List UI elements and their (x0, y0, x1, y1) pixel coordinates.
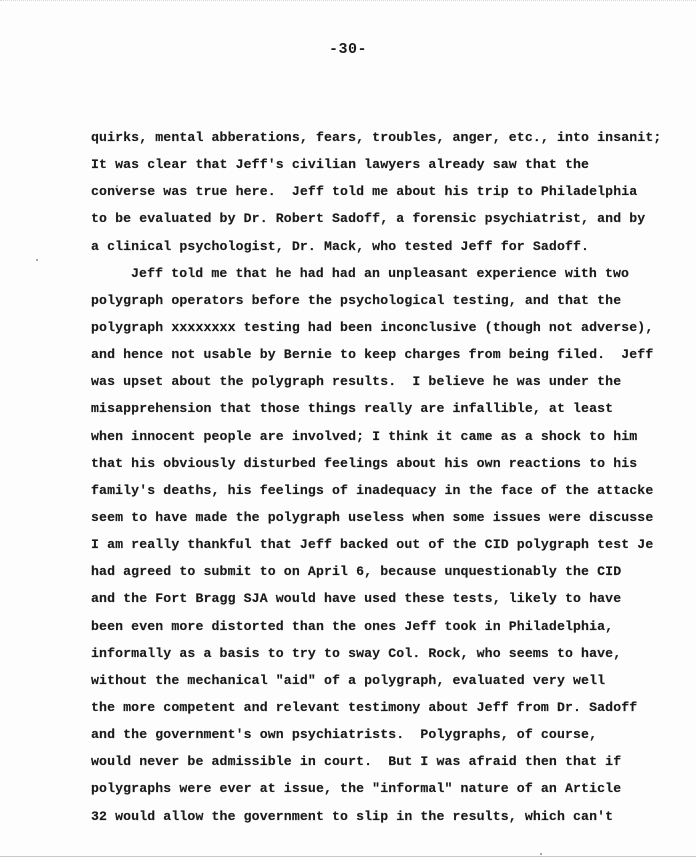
text-line: and the Fort Bragg SJA would have used t… (91, 585, 696, 612)
text-line: informally as a basis to try to sway Col… (91, 640, 696, 667)
text-line: Jeff told me that he had had an unpleasa… (91, 260, 696, 287)
scan-speck (540, 853, 542, 855)
text-line: converse was true here. Jeff told me abo… (91, 178, 696, 205)
text-line: polygraphs were ever at issue, the "info… (91, 775, 696, 802)
text-line: I am really thankful that Jeff backed ou… (91, 531, 696, 558)
scan-speck (116, 185, 118, 187)
text-line: would never be admissible in court. But … (91, 748, 696, 775)
text-line: misapprehension that those things really… (91, 395, 696, 422)
page-number: -30- (0, 41, 696, 58)
text-line: seem to have made the polygraph useless … (91, 504, 696, 531)
text-line: It was clear that Jeff's civilian lawyer… (91, 151, 696, 178)
text-line: had agreed to submit to on April 6, beca… (91, 558, 696, 585)
text-line: without the mechanical "aid" of a polygr… (91, 667, 696, 694)
text-line: been even more distorted than the ones J… (91, 613, 696, 640)
text-line: that his obviously disturbed feelings ab… (91, 450, 696, 477)
text-line: and hence not usable by Bernie to keep c… (91, 341, 696, 368)
text-line: and the government's own psychiatrists. … (91, 721, 696, 748)
body-text: quirks, mental abberations, fears, troub… (91, 124, 696, 830)
text-line: polygraph operators before the psycholog… (91, 287, 696, 314)
text-line: polygraph xxxxxxxx testing had been inco… (91, 314, 696, 341)
text-line: when innocent people are involved; I thi… (91, 423, 696, 450)
text-line: the more competent and relevant testimon… (91, 694, 696, 721)
text-line: quirks, mental abberations, fears, troub… (91, 124, 696, 151)
document-page: -30- quirks, mental abberations, fears, … (0, 0, 696, 857)
text-line: family's deaths, his feelings of inadequ… (91, 477, 696, 504)
text-line: was upset about the polygraph results. I… (91, 368, 696, 395)
text-line: 32 would allow the government to slip in… (91, 803, 696, 830)
scan-speck (36, 259, 38, 261)
text-line: to be evaluated by Dr. Robert Sadoff, a … (91, 205, 696, 232)
text-line: a clinical psychologist, Dr. Mack, who t… (91, 233, 696, 260)
